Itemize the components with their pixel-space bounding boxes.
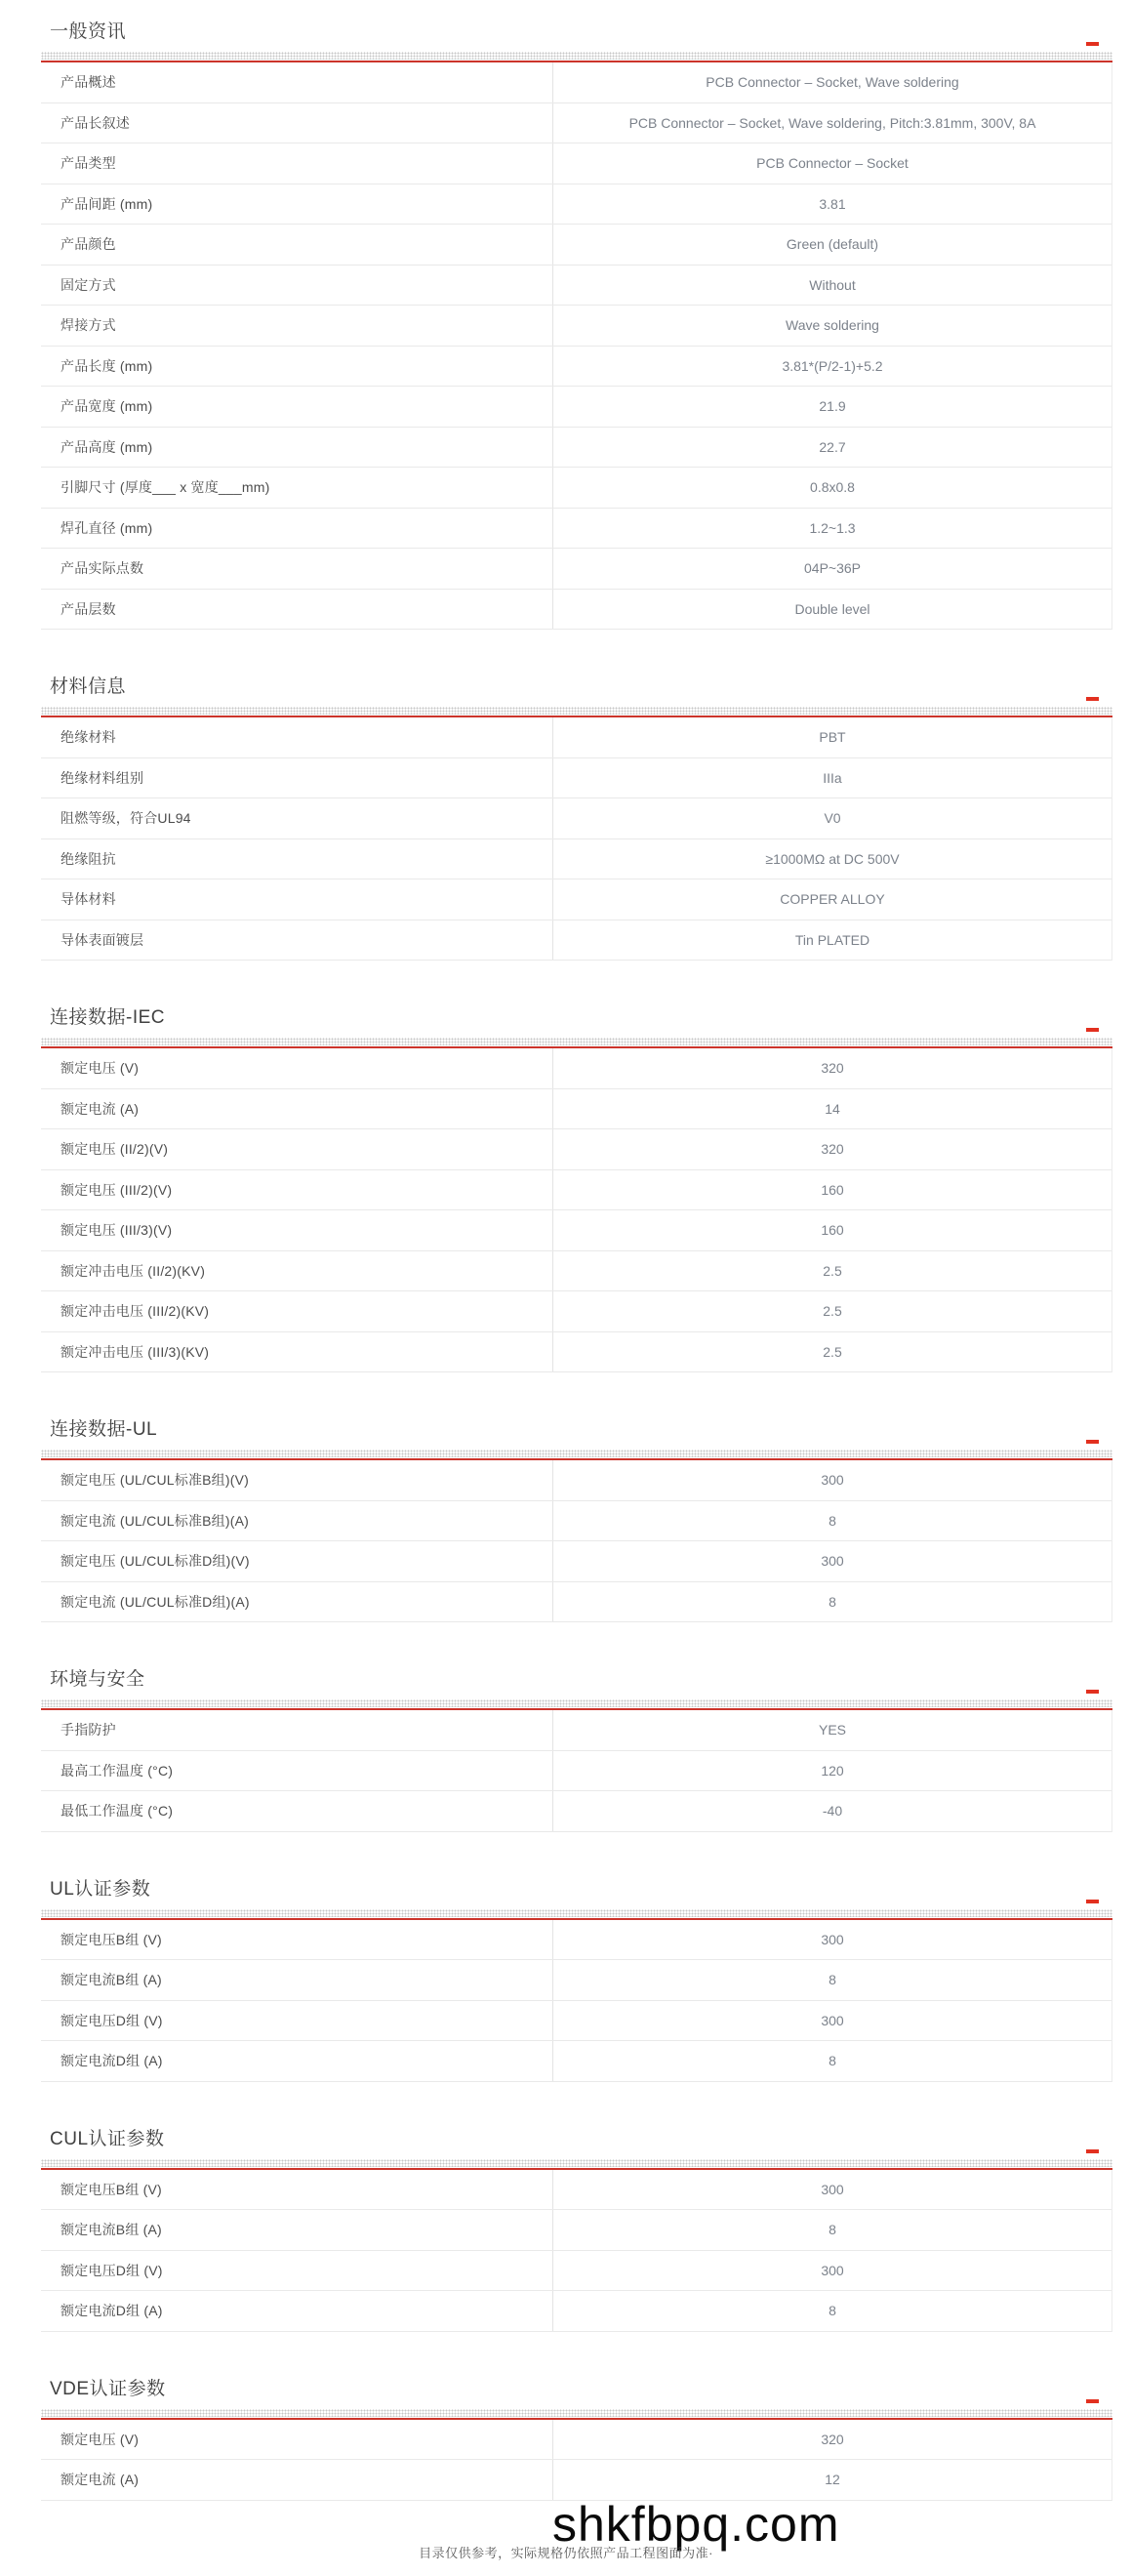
spec-label: 产品颜色 [41, 225, 553, 265]
spec-label: 手指防护 [41, 1710, 553, 1750]
spec-value: 300 [553, 1920, 1112, 1960]
spec-value: YES [553, 1710, 1112, 1750]
spec-value: 160 [553, 1210, 1112, 1250]
table-row: 最低工作温度 (°C) -40 [41, 1791, 1112, 1832]
spec-value: 1.2~1.3 [553, 509, 1112, 549]
table-row: 最高工作温度 (°C) 120 [41, 1751, 1112, 1792]
spec-value: PCB Connector – Socket, Wave soldering [553, 62, 1112, 102]
table-row: 导体材料 COPPER ALLOY [41, 879, 1112, 920]
collapse-minus-icon[interactable] [1086, 2399, 1099, 2403]
section-environment-safety: 环境与安全 手指防护 YES 最高工作温度 (°C) 120 最低工作温度 (°… [41, 1672, 1112, 1832]
table-row: 额定电流 (UL/CUL标准B组)(A) 8 [41, 1501, 1112, 1542]
spec-sections-container: 一般资讯 产品概述 PCB Connector – Socket, Wave s… [41, 0, 1112, 2501]
spec-label: 额定电压 (II/2)(V) [41, 1129, 553, 1169]
spec-value: 160 [553, 1170, 1112, 1210]
spec-label: 产品类型 [41, 143, 553, 184]
spec-label: 产品层数 [41, 590, 553, 630]
spec-label: 焊接方式 [41, 306, 553, 346]
section-title: 环境与安全 [50, 1672, 1112, 1687]
table-row: 手指防护 YES [41, 1710, 1112, 1751]
spec-value: 300 [553, 1460, 1112, 1500]
spec-label: 产品高度 (mm) [41, 428, 553, 468]
spec-label: 额定电流 (UL/CUL标准D组)(A) [41, 1582, 553, 1622]
dotted-divider [41, 2409, 1112, 2417]
spec-value: Wave soldering [553, 306, 1112, 346]
table-row: 产品类型 PCB Connector – Socket [41, 143, 1112, 184]
section-title: 连接数据-IEC [50, 1010, 1112, 1025]
spec-value: Green (default) [553, 225, 1112, 265]
spec-value: -40 [553, 1791, 1112, 1831]
section-vde-cert-params: VDE认证参数 额定电压 (V) 320 额定电流 (A) 12 [41, 2382, 1112, 2501]
table-row: 焊接方式 Wave soldering [41, 306, 1112, 347]
table-row: 产品宽度 (mm) 21.9 [41, 387, 1112, 428]
spec-label: 额定电流D组 (A) [41, 2041, 553, 2081]
spec-label: 产品间距 (mm) [41, 184, 553, 225]
spec-label: 导体表面镀层 [41, 920, 553, 961]
section-header: 连接数据-IEC [41, 1010, 1112, 1038]
spec-value: 14 [553, 1089, 1112, 1129]
spec-label: 最低工作温度 (°C) [41, 1791, 553, 1831]
spec-value: 120 [553, 1751, 1112, 1791]
section-title: VDE认证参数 [50, 2382, 1112, 2396]
spec-table: 额定电压 (V) 320 额定电流 (A) 14 额定电压 (II/2)(V) … [41, 1048, 1112, 1372]
spec-label: 额定电压 (V) [41, 2420, 553, 2460]
table-row: 额定电压D组 (V) 300 [41, 2001, 1112, 2042]
table-row: 产品高度 (mm) 22.7 [41, 428, 1112, 469]
spec-label: 产品概述 [41, 62, 553, 102]
table-row: 额定电压 (V) 320 [41, 1048, 1112, 1089]
table-row: 产品长度 (mm) 3.81*(P/2-1)+5.2 [41, 347, 1112, 388]
table-row: 产品颜色 Green (default) [41, 225, 1112, 266]
spec-label: 产品长叙述 [41, 103, 553, 143]
section-header: 一般资讯 [41, 24, 1112, 52]
spec-value: 21.9 [553, 387, 1112, 427]
spec-label: 引脚尺寸 (厚度___ x 宽度___mm) [41, 468, 553, 508]
spec-value: 320 [553, 2420, 1112, 2460]
spec-value: ≥1000MΩ at DC 500V [553, 839, 1112, 879]
spec-value: 300 [553, 2170, 1112, 2210]
section-material-info: 材料信息 绝缘材料 PBT 绝缘材料组别 IIIa 阻燃等级，符合UL94 V0… [41, 679, 1112, 961]
table-row: 额定电压 (III/2)(V) 160 [41, 1170, 1112, 1211]
section-header: VDE认证参数 [41, 2382, 1112, 2409]
spec-value: 3.81*(P/2-1)+5.2 [553, 347, 1112, 387]
spec-value: 8 [553, 1960, 1112, 2000]
table-row: 绝缘阻抗 ≥1000MΩ at DC 500V [41, 839, 1112, 880]
site-watermark: shkfbpq.com [552, 2500, 839, 2549]
spec-label: 绝缘阻抗 [41, 839, 553, 879]
section-connection-data-iec: 连接数据-IEC 额定电压 (V) 320 额定电流 (A) 14 额定电压 (… [41, 1010, 1112, 1372]
table-row: 额定电压 (UL/CUL标准D组)(V) 300 [41, 1541, 1112, 1582]
spec-value: 2.5 [553, 1291, 1112, 1331]
dotted-divider [41, 1909, 1112, 1917]
spec-label: 最高工作温度 (°C) [41, 1751, 553, 1791]
spec-value: 2.5 [553, 1251, 1112, 1291]
spec-label: 导体材料 [41, 879, 553, 920]
section-header: 材料信息 [41, 679, 1112, 707]
spec-value: 8 [553, 2291, 1112, 2331]
section-header: CUL认证参数 [41, 2132, 1112, 2159]
dotted-divider [41, 1038, 1112, 1045]
spec-label: 产品长度 (mm) [41, 347, 553, 387]
table-row: 额定电流D组 (A) 8 [41, 2291, 1112, 2332]
table-row: 额定冲击电压 (III/2)(KV) 2.5 [41, 1291, 1112, 1332]
spec-label: 额定电流B组 (A) [41, 1960, 553, 2000]
table-row: 额定冲击电压 (III/3)(KV) 2.5 [41, 1332, 1112, 1373]
table-row: 产品层数 Double level [41, 590, 1112, 631]
spec-label: 额定电压 (UL/CUL标准D组)(V) [41, 1541, 553, 1581]
section-general-info: 一般资讯 产品概述 PCB Connector – Socket, Wave s… [41, 24, 1112, 630]
table-row: 额定冲击电压 (II/2)(KV) 2.5 [41, 1251, 1112, 1292]
spec-label: 绝缘材料 [41, 717, 553, 757]
spec-table: 绝缘材料 PBT 绝缘材料组别 IIIa 阻燃等级，符合UL94 V0 绝缘阻抗… [41, 717, 1112, 961]
dotted-divider [41, 1699, 1112, 1707]
dotted-divider [41, 707, 1112, 715]
spec-value: 04P~36P [553, 549, 1112, 589]
spec-value: 22.7 [553, 428, 1112, 468]
spec-value: 320 [553, 1048, 1112, 1088]
spec-value: 0.8x0.8 [553, 468, 1112, 508]
spec-label: 额定冲击电压 (III/2)(KV) [41, 1291, 553, 1331]
spec-label: 产品宽度 (mm) [41, 387, 553, 427]
table-row: 额定电流B组 (A) 8 [41, 1960, 1112, 2001]
table-row: 额定电流B组 (A) 8 [41, 2210, 1112, 2251]
table-row: 导体表面镀层 Tin PLATED [41, 920, 1112, 961]
spec-value: 12 [553, 2460, 1112, 2500]
spec-value: 8 [553, 1501, 1112, 1541]
spec-value: PCB Connector – Socket, Wave soldering, … [553, 103, 1112, 143]
table-row: 额定电流D组 (A) 8 [41, 2041, 1112, 2082]
table-row: 额定电流 (A) 12 [41, 2460, 1112, 2501]
table-row: 固定方式 Without [41, 266, 1112, 307]
spec-value: 300 [553, 1541, 1112, 1581]
spec-value: 2.5 [553, 1332, 1112, 1372]
spec-value: V0 [553, 798, 1112, 838]
table-row: 产品概述 PCB Connector – Socket, Wave solder… [41, 62, 1112, 103]
collapse-minus-icon[interactable] [1086, 2149, 1099, 2153]
table-row: 额定电流 (UL/CUL标准D组)(A) 8 [41, 1582, 1112, 1623]
collapse-minus-icon[interactable] [1086, 1690, 1099, 1694]
spec-label: 焊孔直径 (mm) [41, 509, 553, 549]
collapse-minus-icon[interactable] [1086, 1028, 1099, 1032]
table-row: 阻燃等级，符合UL94 V0 [41, 798, 1112, 839]
section-title: 一般资讯 [50, 24, 1112, 39]
spec-label: 产品实际点数 [41, 549, 553, 589]
dotted-divider [41, 1450, 1112, 1457]
section-cul-cert-params: CUL认证参数 额定电压B组 (V) 300 额定电流B组 (A) 8 额定电压… [41, 2132, 1112, 2332]
spec-label: 额定冲击电压 (III/3)(KV) [41, 1332, 553, 1372]
table-row: 产品实际点数 04P~36P [41, 549, 1112, 590]
spec-label: 额定电流 (A) [41, 2460, 553, 2500]
table-row: 额定电压D组 (V) 300 [41, 2251, 1112, 2292]
spec-value: 8 [553, 2041, 1112, 2081]
spec-label: 额定电压B组 (V) [41, 2170, 553, 2210]
spec-label: 额定电压D组 (V) [41, 2251, 553, 2291]
collapse-minus-icon[interactable] [1086, 42, 1099, 46]
spec-label: 阻燃等级，符合UL94 [41, 798, 553, 838]
spec-table: 产品概述 PCB Connector – Socket, Wave solder… [41, 62, 1112, 630]
spec-label: 额定电压 (III/2)(V) [41, 1170, 553, 1210]
table-row: 额定电压 (UL/CUL标准B组)(V) 300 [41, 1460, 1112, 1501]
spec-label: 额定电压D组 (V) [41, 2001, 553, 2041]
spec-label: 额定电流 (A) [41, 1089, 553, 1129]
spec-value: Without [553, 266, 1112, 306]
collapse-minus-icon[interactable] [1086, 697, 1099, 701]
spec-table: 额定电压B组 (V) 300 额定电流B组 (A) 8 额定电压D组 (V) 3… [41, 1920, 1112, 2082]
spec-label: 额定电压B组 (V) [41, 1920, 553, 1960]
spec-value: 300 [553, 2251, 1112, 2291]
section-title: UL认证参数 [50, 1882, 1112, 1897]
spec-value: 300 [553, 2001, 1112, 2041]
spec-table: 手指防护 YES 最高工作温度 (°C) 120 最低工作温度 (°C) -40 [41, 1710, 1112, 1832]
table-row: 额定电流 (A) 14 [41, 1089, 1112, 1130]
spec-value: COPPER ALLOY [553, 879, 1112, 920]
spec-table: 额定电压 (UL/CUL标准B组)(V) 300 额定电流 (UL/CUL标准B… [41, 1460, 1112, 1622]
section-header: 环境与安全 [41, 1672, 1112, 1699]
table-row: 焊孔直径 (mm) 1.2~1.3 [41, 509, 1112, 550]
dotted-divider [41, 52, 1112, 60]
table-row: 额定电压B组 (V) 300 [41, 2170, 1112, 2211]
spec-label: 额定电压 (III/3)(V) [41, 1210, 553, 1250]
spec-label: 额定电压 (UL/CUL标准B组)(V) [41, 1460, 553, 1500]
spec-label: 额定电流D组 (A) [41, 2291, 553, 2331]
table-row: 绝缘材料 PBT [41, 717, 1112, 758]
spec-value: PBT [553, 717, 1112, 757]
section-title: 材料信息 [50, 679, 1112, 694]
spec-label: 额定电流B组 (A) [41, 2210, 553, 2250]
table-row: 额定电压 (II/2)(V) 320 [41, 1129, 1112, 1170]
spec-value: 3.81 [553, 184, 1112, 225]
section-title: CUL认证参数 [50, 2132, 1112, 2147]
spec-label: 固定方式 [41, 266, 553, 306]
spec-value: 8 [553, 2210, 1112, 2250]
spec-value: PCB Connector – Socket [553, 143, 1112, 184]
table-row: 额定电压 (V) 320 [41, 2420, 1112, 2461]
section-header: 连接数据-UL [41, 1422, 1112, 1450]
table-row: 产品长叙述 PCB Connector – Socket, Wave solde… [41, 103, 1112, 144]
collapse-minus-icon[interactable] [1086, 1900, 1099, 1903]
section-ul-cert-params: UL认证参数 额定电压B组 (V) 300 额定电流B组 (A) 8 额定电压D… [41, 1882, 1112, 2082]
spec-label: 绝缘材料组别 [41, 758, 553, 798]
spec-table: 额定电压B组 (V) 300 额定电流B组 (A) 8 额定电压D组 (V) 3… [41, 2170, 1112, 2332]
section-connection-data-ul: 连接数据-UL 额定电压 (UL/CUL标准B组)(V) 300 额定电流 (U… [41, 1422, 1112, 1622]
spec-label: 额定电流 (UL/CUL标准B组)(A) [41, 1501, 553, 1541]
spec-value: 8 [553, 1582, 1112, 1622]
section-title: 连接数据-UL [50, 1422, 1112, 1437]
spec-value: Tin PLATED [553, 920, 1112, 961]
spec-label: 额定电压 (V) [41, 1048, 553, 1088]
table-row: 额定电压B组 (V) 300 [41, 1920, 1112, 1961]
dotted-divider [41, 2159, 1112, 2167]
spec-value: 320 [553, 1129, 1112, 1169]
table-row: 产品间距 (mm) 3.81 [41, 184, 1112, 225]
spec-table: 额定电压 (V) 320 额定电流 (A) 12 [41, 2420, 1112, 2501]
collapse-minus-icon[interactable] [1086, 1440, 1099, 1444]
spec-value: Double level [553, 590, 1112, 630]
spec-value: IIIa [553, 758, 1112, 798]
table-row: 引脚尺寸 (厚度___ x 宽度___mm) 0.8x0.8 [41, 468, 1112, 509]
footer-disclaimer: 目录仅供参考，实际规格仍依照产品工程图面为准· [0, 2543, 1132, 2561]
table-row: 额定电压 (III/3)(V) 160 [41, 1210, 1112, 1251]
table-row: 绝缘材料组别 IIIa [41, 758, 1112, 799]
section-header: UL认证参数 [41, 1882, 1112, 1909]
spec-label: 额定冲击电压 (II/2)(KV) [41, 1251, 553, 1291]
